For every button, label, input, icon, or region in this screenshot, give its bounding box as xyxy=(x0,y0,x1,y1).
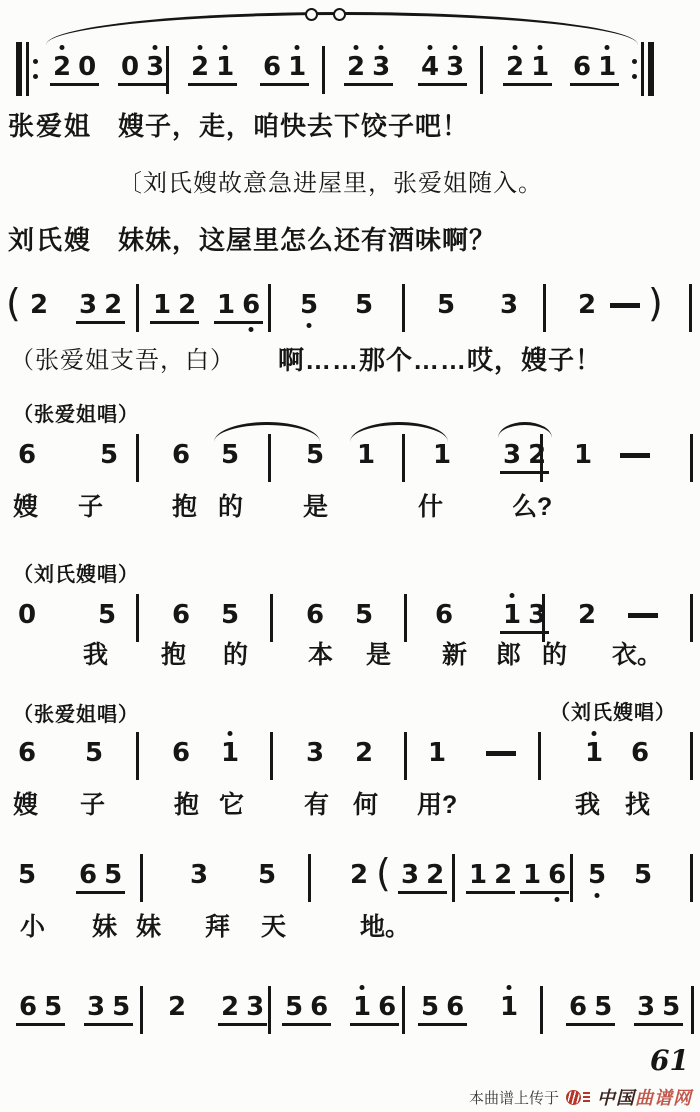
lyric-syllable: 的 xyxy=(223,640,248,670)
lyric-syllable: 郎 xyxy=(496,640,521,670)
uploaded-by-text: 本曲谱上传于 xyxy=(469,1087,559,1108)
lyric-syllable: 嫂 xyxy=(13,790,38,820)
beam-group: 12 xyxy=(150,292,199,324)
lyric-syllable: 小 xyxy=(20,912,45,942)
note: 5 xyxy=(662,994,680,1020)
note: 2 xyxy=(350,862,368,888)
note: 3 xyxy=(79,292,97,318)
note: 3 xyxy=(500,292,518,318)
music-line-verse3: 656132116 xyxy=(0,730,700,794)
beam-group: 61 xyxy=(260,54,309,86)
barline xyxy=(542,594,545,642)
duration-dash xyxy=(610,303,640,308)
barline xyxy=(402,986,405,1034)
lyric-syllable: 找 xyxy=(625,790,650,820)
music-line-verse5: 653522356165616535 xyxy=(0,984,700,1048)
music-line-verse4: 565352(32121655 xyxy=(0,852,700,916)
octave-dot-above xyxy=(60,45,65,50)
spoken-row: （张爱姐支吾，白） 啊……那个……哎，嫂子！ xyxy=(0,340,700,376)
dialogue-text: 嫂子，走，咱快去下饺子吧！ xyxy=(118,106,469,143)
page-number: 61 xyxy=(650,1044,689,1077)
note: 3 xyxy=(401,862,419,888)
octave-dot-above xyxy=(507,985,512,990)
note: 2 xyxy=(528,442,546,468)
note: 6 xyxy=(18,442,36,468)
barline xyxy=(268,434,271,482)
beam-group: 32 xyxy=(76,292,125,324)
repeat-thin-bar xyxy=(26,42,29,96)
repeat-thick-bar xyxy=(648,42,654,96)
dialogue-row-2: 刘氏嫂 妹妹，这屋里怎么还有酒味啊？ xyxy=(0,220,700,256)
note: 6 xyxy=(306,602,324,628)
lyric-syllable: 衣。 xyxy=(612,640,662,670)
octave-dot-above xyxy=(538,45,543,50)
beam-group: 12 xyxy=(466,862,515,894)
slur-arc xyxy=(498,422,552,438)
stage-direction-row: 〔刘氏嫂故意急进屋里，张爱姐随入。 xyxy=(0,163,700,199)
beam-group: 56 xyxy=(282,994,331,1026)
note: 1 xyxy=(428,740,446,766)
duration-dash xyxy=(628,613,658,618)
music-line-instrumental: (232121655532) xyxy=(0,282,700,346)
note: 5 xyxy=(85,740,103,766)
barline xyxy=(543,284,546,332)
repeat-thick-bar xyxy=(16,42,22,96)
speaker-name: 张爱姐 xyxy=(8,106,92,143)
footer-watermark: 本曲谱上传于 中国曲谱网 xyxy=(469,1084,692,1110)
note: 1 xyxy=(531,54,549,80)
singer-label-zhang: （张爱姐唱） xyxy=(13,698,139,727)
spoken-speech: 啊……那个……哎，嫂子！ xyxy=(278,340,602,377)
note: 1 xyxy=(221,740,239,766)
note: 2 xyxy=(426,862,444,888)
note: 0 xyxy=(121,54,139,80)
beam-group: 65 xyxy=(76,862,125,894)
note: 2 xyxy=(221,994,239,1020)
music-line-verse1: 6565511321 xyxy=(0,432,700,496)
site-brand: 中国曲谱网 xyxy=(597,1084,692,1110)
octave-dot-above xyxy=(198,45,203,50)
note: 1 xyxy=(216,54,234,80)
beam-group: 16 xyxy=(520,862,569,894)
slur-arc xyxy=(350,422,448,442)
barline xyxy=(404,594,407,642)
octave-dot-above xyxy=(223,45,228,50)
barline xyxy=(322,46,325,94)
barline xyxy=(690,434,693,482)
beam-group: 35 xyxy=(84,994,133,1026)
barline xyxy=(404,732,407,780)
octave-dot-above xyxy=(153,45,158,50)
note: 6 xyxy=(569,994,587,1020)
dialogue-text: 妹妹，这屋里怎么还有酒味啊？ xyxy=(118,220,496,257)
score-page: 2003216123432161 张爱姐 嫂子，走，咱快去下饺子吧！ 〔刘氏嫂故… xyxy=(0,0,700,1112)
beam-group: 65 xyxy=(16,994,65,1026)
lyric-syllable: 子 xyxy=(80,790,105,820)
note: 1 xyxy=(153,292,171,318)
lyric-syllable: 什 xyxy=(418,492,443,522)
note: 5 xyxy=(300,292,318,318)
note: 6 xyxy=(172,740,190,766)
barline xyxy=(268,284,271,332)
lyric-syllable: 我 xyxy=(575,790,600,820)
beam-group: 43 xyxy=(418,54,467,86)
note: 1 xyxy=(523,862,541,888)
lyrics-line-2: 我抱的本是新郎的衣。 xyxy=(0,640,700,674)
note: 5 xyxy=(18,862,36,888)
octave-dot-above xyxy=(453,45,458,50)
octave-dot-above xyxy=(228,731,233,736)
note: 1 xyxy=(469,862,487,888)
beam-group: 65 xyxy=(566,994,615,1026)
lyric-syllable: 用? xyxy=(417,790,457,820)
note: 1 xyxy=(217,292,235,318)
octave-dot-above xyxy=(354,45,359,50)
lyric-syllable: 本 xyxy=(308,640,333,670)
barline xyxy=(402,434,405,482)
lyric-syllable: 抱 xyxy=(161,640,186,670)
note: 5 xyxy=(306,442,324,468)
beam-group: 20 xyxy=(50,54,99,86)
octave-dot-below xyxy=(307,323,312,328)
note: 6 xyxy=(242,292,260,318)
note: 2 xyxy=(191,54,209,80)
lyric-syllable: 的 xyxy=(218,492,243,522)
lyric-syllable: 新 xyxy=(442,640,467,670)
note: 3 xyxy=(372,54,390,80)
note: 2 xyxy=(53,54,71,80)
note: 1 xyxy=(357,442,375,468)
note: 2 xyxy=(347,54,365,80)
barline xyxy=(538,732,541,780)
barline xyxy=(540,434,543,482)
note: 5 xyxy=(437,292,455,318)
barline xyxy=(689,284,692,332)
note: 2 xyxy=(578,292,596,318)
note: 3 xyxy=(503,442,521,468)
qupu-logo-icon xyxy=(566,1090,590,1105)
parenthesis: ( xyxy=(6,284,21,322)
lyric-syllable: 抱 xyxy=(174,790,199,820)
note: 1 xyxy=(574,442,592,468)
barline xyxy=(402,284,405,332)
lyric-syllable: 何 xyxy=(353,790,378,820)
note: 0 xyxy=(78,54,96,80)
note: 6 xyxy=(18,740,36,766)
beam-group: 32 xyxy=(398,862,447,894)
note: 1 xyxy=(598,54,616,80)
note: 5 xyxy=(98,602,116,628)
barline xyxy=(308,854,311,902)
note: 6 xyxy=(631,740,649,766)
note: 5 xyxy=(285,994,303,1020)
lyrics-line-4: 小妹妹拜天地。 xyxy=(0,912,700,946)
note: 6 xyxy=(79,862,97,888)
note: 5 xyxy=(594,994,612,1020)
beam-group: 21 xyxy=(188,54,237,86)
lyrics-line-1: 嫂子抱的是什么? xyxy=(0,492,700,526)
barline xyxy=(140,854,143,902)
lyric-syllable: 它 xyxy=(219,790,244,820)
note: 6 xyxy=(446,994,464,1020)
note: 5 xyxy=(258,862,276,888)
parenthesis: ) xyxy=(648,284,663,322)
lyric-syllable: 抱 xyxy=(172,492,197,522)
note: 6 xyxy=(19,994,37,1020)
note: 6 xyxy=(573,54,591,80)
lyric-syllable: 嫂 xyxy=(13,492,38,522)
octave-dot-below xyxy=(249,327,254,332)
note: 5 xyxy=(221,602,239,628)
lyric-syllable: 拜 xyxy=(205,912,230,942)
repeat-sign-left xyxy=(16,42,38,96)
octave-dot-above xyxy=(428,45,433,50)
note: 6 xyxy=(548,862,566,888)
music-line-intro: 2003216123432161 xyxy=(0,6,700,102)
parenthesis: ( xyxy=(376,854,391,892)
breath-mark-circle xyxy=(305,8,318,21)
repeat-thin-bar xyxy=(641,42,644,96)
lyric-syllable: 有 xyxy=(304,790,329,820)
note: 2 xyxy=(104,292,122,318)
octave-dot-below xyxy=(555,897,560,902)
repeat-dots xyxy=(632,59,637,79)
note: 3 xyxy=(306,740,324,766)
note: 6 xyxy=(435,602,453,628)
note: 2 xyxy=(30,292,48,318)
note: 3 xyxy=(637,994,655,1020)
note: 5 xyxy=(421,994,439,1020)
beam-group: 16 xyxy=(350,994,399,1026)
beam-group: 56 xyxy=(418,994,467,1026)
lyric-syllable: 是 xyxy=(303,492,328,522)
note: 6 xyxy=(378,994,396,1020)
note: 0 xyxy=(18,602,36,628)
lyric-syllable: 地。 xyxy=(360,912,410,942)
barline xyxy=(690,732,693,780)
note: 5 xyxy=(221,442,239,468)
dialogue-row-1: 张爱姐 嫂子，走，咱快去下饺子吧！ xyxy=(0,106,700,142)
note: 1 xyxy=(500,994,518,1020)
barline xyxy=(136,434,139,482)
barline xyxy=(136,594,139,642)
note: 2 xyxy=(578,602,596,628)
singer-label-liu: （刘氏嫂唱） xyxy=(550,696,676,725)
stage-direction-text: 〔刘氏嫂故意急进屋里，张爱姐随入。 xyxy=(118,163,543,198)
note: 5 xyxy=(355,292,373,318)
lyric-syllable: 妹 xyxy=(92,912,117,942)
barline xyxy=(690,594,693,642)
beam-group: 23 xyxy=(218,994,267,1026)
lyric-syllable: 子 xyxy=(78,492,103,522)
breath-mark-circle xyxy=(333,8,346,21)
note: 3 xyxy=(246,994,264,1020)
octave-dot-above xyxy=(513,45,518,50)
note: 1 xyxy=(288,54,306,80)
brand-secondary: 曲谱网 xyxy=(635,1088,692,1108)
note: 2 xyxy=(168,994,186,1020)
note: 1 xyxy=(585,740,603,766)
octave-dot-below xyxy=(595,893,600,898)
singer-label-liu: （刘氏嫂唱） xyxy=(13,558,139,587)
octave-dot-above xyxy=(295,45,300,50)
barline xyxy=(270,732,273,780)
lyric-syllable: 妹 xyxy=(136,912,161,942)
barline xyxy=(540,986,543,1034)
spoken-direction: （张爱姐支吾，白） xyxy=(10,340,235,375)
duration-dash xyxy=(620,453,650,458)
note: 3 xyxy=(146,54,164,80)
lyric-syllable: 是 xyxy=(366,640,391,670)
note: 5 xyxy=(104,862,122,888)
note: 5 xyxy=(355,602,373,628)
barline xyxy=(136,732,139,780)
note: 5 xyxy=(100,442,118,468)
barline xyxy=(452,854,455,902)
beam-group: 35 xyxy=(634,994,683,1026)
note: 5 xyxy=(634,862,652,888)
note: 5 xyxy=(588,862,606,888)
repeat-dots xyxy=(33,59,38,79)
note: 1 xyxy=(353,994,371,1020)
barline xyxy=(270,594,273,642)
note: 2 xyxy=(355,740,373,766)
lyric-syllable: 天 xyxy=(261,912,286,942)
note: 5 xyxy=(44,994,62,1020)
octave-dot-above xyxy=(379,45,384,50)
barline xyxy=(480,46,483,94)
note: 3 xyxy=(190,862,208,888)
note: 2 xyxy=(506,54,524,80)
lyric-syllable: 我 xyxy=(83,640,108,670)
note: 6 xyxy=(263,54,281,80)
note: 1 xyxy=(433,442,451,468)
beam-group: 21 xyxy=(503,54,552,86)
singer-label-zhang: （张爱姐唱） xyxy=(13,398,139,427)
speaker-name: 刘氏嫂 xyxy=(8,220,92,257)
beam-group: 03 xyxy=(118,54,167,86)
note: 3 xyxy=(446,54,464,80)
brand-primary: 中国 xyxy=(597,1088,635,1108)
barline xyxy=(690,854,693,902)
slur-arc xyxy=(214,422,320,442)
lyrics-line-3: 嫂子抱它有何用?我找 xyxy=(0,790,700,824)
note: 6 xyxy=(172,442,190,468)
note: 5 xyxy=(112,994,130,1020)
octave-dot-above xyxy=(592,731,597,736)
barline xyxy=(166,46,169,94)
duration-dash xyxy=(486,751,516,756)
note: 3 xyxy=(87,994,105,1020)
note: 6 xyxy=(172,602,190,628)
note: 2 xyxy=(494,862,512,888)
note: 4 xyxy=(421,54,439,80)
octave-dot-above xyxy=(360,985,365,990)
barline xyxy=(136,284,139,332)
lyric-syllable: 么? xyxy=(512,492,552,522)
note: 1 xyxy=(503,602,521,628)
octave-dot-above xyxy=(510,593,515,598)
beam-group: 16 xyxy=(214,292,263,324)
barline xyxy=(140,986,143,1034)
note: 2 xyxy=(178,292,196,318)
barline xyxy=(691,986,694,1034)
beam-group: 61 xyxy=(570,54,619,86)
octave-dot-above xyxy=(605,45,610,50)
repeat-sign-right xyxy=(632,42,654,96)
note: 6 xyxy=(310,994,328,1020)
barline xyxy=(570,854,573,902)
beam-group: 23 xyxy=(344,54,393,86)
lyric-syllable: 的 xyxy=(542,640,567,670)
barline xyxy=(268,986,271,1034)
